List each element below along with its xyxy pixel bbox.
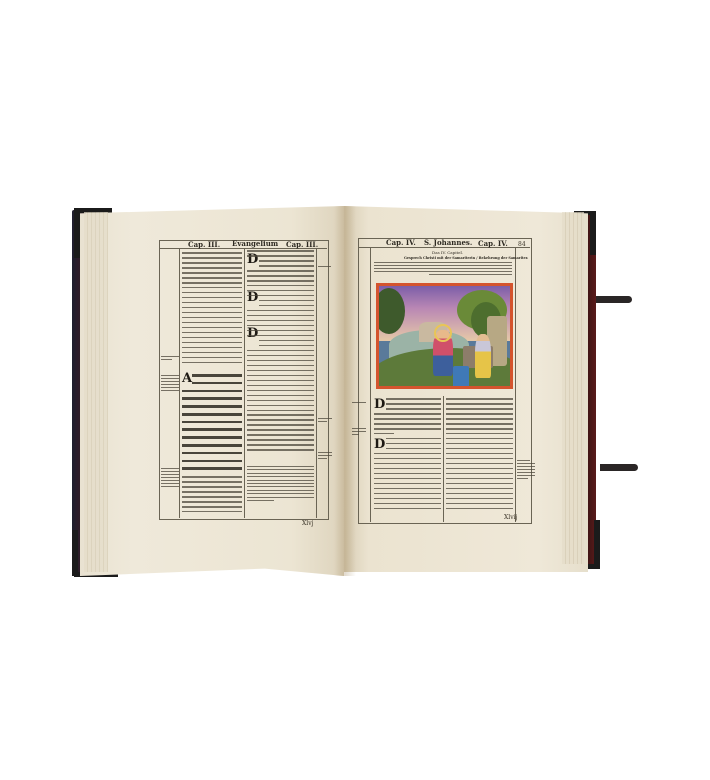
left-margin-note-1 xyxy=(161,356,179,362)
left-outer-note-1 xyxy=(318,266,336,269)
left-column-2-text xyxy=(247,250,314,460)
book-gutter xyxy=(334,206,356,576)
left-column-divider xyxy=(244,248,245,518)
right-header-chapter-right: Cap. IV. xyxy=(478,239,508,248)
right-page-number: 84 xyxy=(518,241,526,248)
page-edges-right xyxy=(562,212,584,564)
left-header-chapter-right: Cap. III. xyxy=(286,240,318,249)
right-margin-rule xyxy=(370,247,371,522)
illustration-halo xyxy=(434,324,452,342)
book-photo: Cap. III. Evangelium Cap. III. A D D D xyxy=(0,0,710,780)
right-column-2-text xyxy=(446,398,513,516)
corner-bracket-top-left-v xyxy=(74,208,80,258)
chapter-summary-text xyxy=(374,262,512,282)
left-outer-margin-rule xyxy=(316,248,317,518)
illustration-samaritan-woman xyxy=(475,334,491,378)
right-footer-mark: Xlvij xyxy=(504,514,517,521)
corner-bracket-bottom-left-v xyxy=(72,530,78,576)
corner-bracket-bottom-right-v xyxy=(594,520,600,569)
left-column-1-lower-text xyxy=(182,476,242,516)
right-column-divider xyxy=(443,396,444,522)
left-margin-note-3 xyxy=(161,468,179,489)
right-column-1-text xyxy=(374,398,441,516)
right-outer-note-1 xyxy=(517,460,535,481)
right-margin-note-2 xyxy=(352,428,370,437)
left-margin-rule xyxy=(179,248,180,518)
clasp-upper xyxy=(596,296,632,303)
illustration-stream xyxy=(453,366,469,389)
left-highlighted-verse xyxy=(182,374,242,474)
left-margin-note-2 xyxy=(161,375,179,393)
left-header-title: Evangelium xyxy=(232,239,278,248)
right-header-chapter-left: Cap. IV. xyxy=(386,238,416,247)
left-page-number: Xlvj xyxy=(302,520,313,527)
left-header-chapter-left: Cap. III. xyxy=(188,240,220,249)
right-outer-margin-rule xyxy=(515,247,516,522)
left-outer-note-2 xyxy=(318,418,336,424)
left-column-1-text xyxy=(182,252,242,370)
right-margin-note-1 xyxy=(352,402,370,405)
right-header-title: S. Johannes. xyxy=(424,238,472,247)
corner-bracket-top-right-v xyxy=(590,211,596,255)
left-outer-note-3 xyxy=(318,452,336,461)
chapter-summary-heading: Gesprech Christi mit der Samariterin / B… xyxy=(404,256,528,260)
illustration-woman-at-well xyxy=(376,283,513,389)
chapter-title: Das IV. Capitel. xyxy=(432,250,463,255)
page-edges-left xyxy=(84,212,108,572)
clasp-lower xyxy=(600,464,638,471)
left-footnotes xyxy=(247,466,314,512)
